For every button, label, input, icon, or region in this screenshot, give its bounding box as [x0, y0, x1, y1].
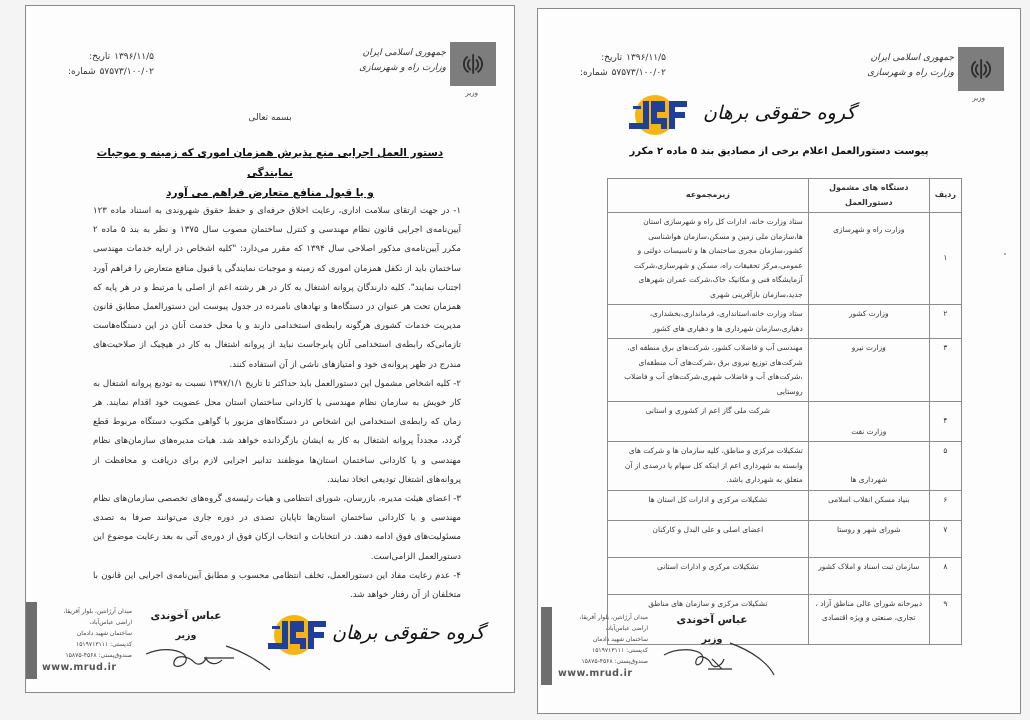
jrf-logo-icon	[266, 610, 328, 656]
title-line-1: دستور العمل اجرایی منع پذیرش همزمان امور…	[86, 143, 454, 183]
row-number: ۵	[929, 442, 961, 491]
table-row: ۲ وزارت کشور ستاد وزارت خانه،استانداری، …	[608, 305, 962, 339]
letter-page-left: وزیر جمهوری اسلامی ایران وزارت راه و شهر…	[25, 5, 515, 693]
address-line: ساختمان شهید دادمان	[42, 628, 132, 639]
po-box: صندوق‌پستی: ۴۵۶۸-۱۵۸۷۵	[42, 650, 132, 661]
footer-side-bar	[26, 602, 37, 679]
watermark-text: گروه حقوقی برهان	[332, 622, 484, 644]
row-subsidiaries: ستاد وزارت خانه، ادارات کل راه و شهرسازی…	[608, 213, 809, 305]
row-number: ۳	[929, 339, 961, 402]
table-row: ۵ شهرداری ها تشکیلات مرکزی و مناطق، کلیه…	[608, 442, 962, 491]
letter-meta: تاریخ: ۱۳۹۶/۱۱/۵ شماره: ۵۷۵۷۳/۱۰۰/۰۲	[44, 50, 154, 80]
number-row: شماره: ۵۷۵۷۳/۱۰۰/۰۲	[556, 66, 666, 81]
paragraph-3: ۳- اعضای هیئت مدیره، بازرسان، شورای انتظ…	[93, 490, 461, 567]
annex-table: ردیف دستگاه های مشمول دستورالعمل زیرمجمو…	[607, 178, 962, 645]
number-label: شماره:	[580, 66, 608, 81]
republic-name: جمهوری اسلامی ایران	[326, 46, 446, 61]
row-subsidiaries: شرکت ملی گاز اعم از کشوری و استانی	[608, 402, 809, 442]
address-line: میدان آرژانتین، بلوار آفریقا،	[42, 606, 132, 617]
document-title: دستور العمل اجرایی منع پذیرش همزمان امور…	[86, 143, 454, 203]
table-row: ۴ وزارت نفت شرکت ملی گاز اعم از کشوری و …	[608, 402, 962, 442]
watermark-text: گروه حقوقی برهان	[703, 102, 855, 124]
row-number: ۶	[929, 490, 961, 520]
letter-body: ۱- در جهت ارتقای سلامت اداری، رعایت اخلا…	[93, 202, 461, 605]
emblem-caption: وزیر	[972, 94, 985, 102]
iran-emblem-icon	[458, 49, 488, 79]
table-row: ۱ وزارت راه و شهرسازی ستاد وزارت خانه، ا…	[608, 213, 962, 305]
row-subsidiaries: تشکیلات مرکزی و ادارات کل استان ها	[608, 490, 809, 520]
row-organization: بنیاد مسکن انقلاب اسلامی	[808, 490, 929, 520]
postal-code: کدپستی: ۱۵۱۹۷۱۳۱۱۱	[42, 639, 132, 650]
date-label: تاریخ:	[601, 51, 622, 66]
row-subsidiaries: مهندسی آب و فاضلاب کشور، شرکت‌های برق من…	[608, 339, 809, 402]
ministry-name: وزارت راه و شهرسازی	[326, 61, 446, 76]
number-row: شماره: ۵۷۵۷۳/۱۰۰/۰۲	[44, 65, 154, 80]
row-organization: وزارت کشور	[808, 305, 929, 339]
paragraph-2: ۲- کلیه اشخاص مشمول این دستورالعمل باید …	[93, 375, 461, 490]
table-row: ۳ وزارت نیرو مهندسی آب و فاضلاب کشور، شر…	[608, 339, 962, 402]
scan-speck	[1004, 253, 1006, 255]
ministry-address: میدان آرژانتین، بلوار آفریقا، اراضی عباس…	[558, 612, 648, 681]
republic-name: جمهوری اسلامی ایران	[834, 51, 954, 66]
row-organization: دبیرخانه شورای عالی مناطق آزاد ، تجاری، …	[808, 594, 929, 644]
col-header-sub: زیرمجموعه	[608, 179, 809, 213]
date-label: تاریخ:	[89, 50, 110, 65]
number-label: شماره:	[68, 65, 96, 80]
handwritten-signature-icon	[144, 636, 274, 676]
row-organization: شهرداری ها	[808, 442, 929, 491]
table-row: ۹ دبیرخانه شورای عالی مناطق آزاد ، تجاری…	[608, 594, 962, 644]
iran-emblem-icon	[966, 54, 996, 84]
row-subsidiaries: اعضای اصلی و علی البدل و کارکنان	[608, 520, 809, 557]
po-box: صندوق‌پستی: ۴۵۶۸-۱۵۸۷۵	[558, 656, 648, 667]
website-link[interactable]: www.mrud.ir	[42, 661, 132, 675]
ministry-header: جمهوری اسلامی ایران وزارت راه و شهرسازی	[834, 51, 954, 81]
website-link[interactable]: www.mrud.ir	[558, 667, 648, 681]
row-organization: وزارت نفت	[808, 402, 929, 442]
signatory-name: عباس آخوندی	[672, 614, 752, 626]
row-organization: سازمان ثبت اسناد و املاک کشور	[808, 557, 929, 594]
bismillah: بسمه تعالی	[26, 113, 514, 123]
row-number: ۷	[929, 520, 961, 557]
row-subsidiaries: تشکیلات مرکزی و مناطق، کلیه سازمان ها و …	[608, 442, 809, 491]
handwritten-signature-icon	[660, 639, 780, 679]
row-subsidiaries: تشکیلات مرکزی و ادارات استانی	[608, 557, 809, 594]
paragraph-1: ۱- در جهت ارتقای سلامت اداری، رعایت اخلا…	[93, 202, 461, 375]
ministry-header: جمهوری اسلامی ایران وزارت راه و شهرسازی	[326, 46, 446, 76]
row-number: ۱	[929, 213, 961, 305]
row-number: ۹	[929, 594, 961, 644]
table-row: ۸ سازمان ثبت اسناد و املاک کشور تشکیلات …	[608, 557, 962, 594]
row-number: ۲	[929, 305, 961, 339]
signatory-name: عباس آخوندی	[146, 610, 226, 622]
iran-emblem	[958, 47, 1004, 91]
footer-side-bar	[541, 607, 552, 685]
address-line: اراضی عباس‌آباد،	[42, 617, 132, 628]
address-line: اراضی عباس‌آباد،	[558, 623, 648, 634]
jrf-logo-icon	[627, 90, 689, 136]
date-value: ۱۳۹۶/۱۱/۵	[114, 50, 154, 65]
jrf-watermark-top: گروه حقوقی برهان	[627, 90, 855, 136]
address-line: ساختمان شهید دادمان	[558, 634, 648, 645]
letter-meta: تاریخ: ۱۳۹۶/۱۱/۵ شماره: ۵۷۵۷۳/۱۰۰/۰۲	[556, 51, 666, 81]
iran-emblem	[450, 42, 496, 86]
paragraph-4: ۴- عدم رعایت مفاد این دستورالعمل، تخلف ا…	[93, 567, 461, 605]
number-value: ۵۷۵۷۳/۱۰۰/۰۲	[100, 65, 154, 80]
row-number: ۴	[929, 402, 961, 442]
emblem-caption: وزیر	[465, 89, 478, 97]
col-header-org: دستگاه های مشمول دستورالعمل	[808, 179, 929, 213]
ministry-address: میدان آرژانتین، بلوار آفریقا، اراضی عباس…	[42, 606, 132, 675]
row-organization: وزارت راه و شهرسازی	[808, 213, 929, 305]
address-line: میدان آرژانتین، بلوار آفریقا،	[558, 612, 648, 623]
table-row: ۷ شورای شهر و روستا اعضای اصلی و علی الب…	[608, 520, 962, 557]
date-row: تاریخ: ۱۳۹۶/۱۱/۵	[556, 51, 666, 66]
postal-code: کدپستی: ۱۵۱۹۷۱۳۱۱۱	[558, 645, 648, 656]
annex-title: پیوست دستورالعمل اعلام برخی از مصادیق بن…	[578, 146, 980, 157]
jrf-watermark-bottom: گروه حقوقی برهان	[266, 610, 484, 656]
col-header-num: ردیف	[929, 179, 961, 213]
row-organization: شورای شهر و روستا	[808, 520, 929, 557]
row-subsidiaries: ستاد وزارت خانه،استانداری، فرمانداری،بخش…	[608, 305, 809, 339]
date-value: ۱۳۹۶/۱۱/۵	[626, 51, 666, 66]
table-header-row: ردیف دستگاه های مشمول دستورالعمل زیرمجمو…	[608, 179, 962, 213]
ministry-name: وزارت راه و شهرسازی	[834, 66, 954, 81]
date-row: تاریخ: ۱۳۹۶/۱۱/۵	[44, 50, 154, 65]
row-number: ۸	[929, 557, 961, 594]
title-line-2: و یا قبول منافع متعارض فراهم می آورد	[86, 183, 454, 203]
table-row: ۶ بنیاد مسکن انقلاب اسلامی تشکیلات مرکزی…	[608, 490, 962, 520]
row-organization: وزارت نیرو	[808, 339, 929, 402]
number-value: ۵۷۵۷۳/۱۰۰/۰۲	[612, 66, 666, 81]
